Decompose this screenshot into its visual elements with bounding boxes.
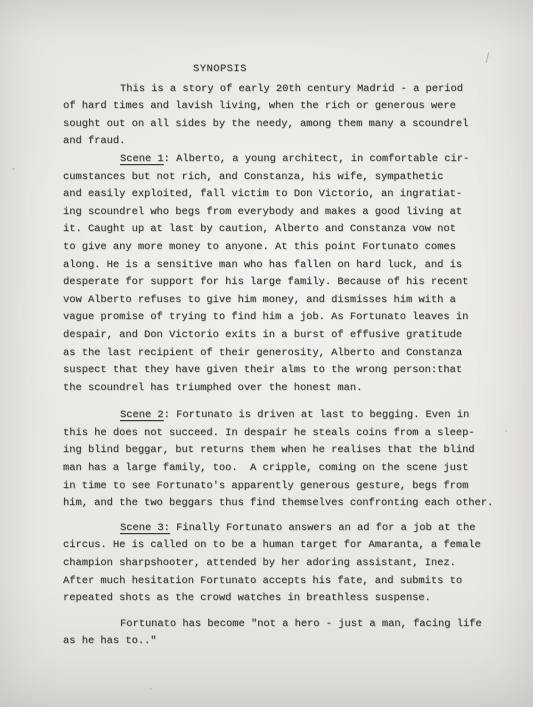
text-line: repeated shots as the crowd watches in b… — [63, 590, 508, 608]
text-line: this he does not succeed. In despair he … — [63, 425, 508, 443]
text-line: along. He is a sensitive man who has fal… — [63, 257, 508, 275]
text-line: desperate for support for his large fami… — [63, 274, 508, 292]
text-line: to give any more money to anyone. At thi… — [63, 239, 508, 257]
text-line: Scene 1: Alberto, a young architect, in … — [63, 151, 508, 169]
text-line: man has a large family, too. A cripple, … — [63, 460, 508, 478]
paper-speck — [150, 688, 152, 690]
text-line: circus. He is called on to be a human ta… — [63, 537, 508, 555]
scene-2-heading: Scene 2 — [120, 409, 164, 421]
text-line: and fraud. — [63, 133, 508, 151]
text-line: despair, and Don Victorio exits in a bur… — [63, 327, 508, 345]
scene-2-paragraph: Scene 2: Fortunato is driven at last to … — [63, 407, 508, 513]
text-segment: : Alberto, a young architect, in comfort… — [164, 153, 470, 165]
text-line: champion sharpshooter, attended by her a… — [63, 555, 508, 573]
paper-speck — [12, 168, 15, 170]
text-line: cumstances but not rich, and Constanza, … — [63, 169, 508, 187]
text-line: vague promise of trying to find him a jo… — [63, 309, 508, 327]
text-line: Fortunato has become "not a hero - just … — [63, 616, 508, 634]
scene-3-paragraph: Scene 3: Finally Fortunato answers an ad… — [63, 520, 508, 608]
scene-1-heading: Scene 1 — [120, 153, 164, 165]
text-line: After much hesitation Fortunato accepts … — [63, 573, 508, 591]
text-line: suspect that they have given their alms … — [63, 362, 508, 380]
text-line: the scoundrel has triumphed over the hon… — [63, 380, 508, 398]
text-line: Scene 2: Fortunato is driven at last to … — [63, 407, 508, 425]
text-line: ing blind beggar, but returns them when … — [63, 442, 508, 460]
text-line: as he has to.." — [63, 633, 508, 651]
text-line: vow Alberto refuses to give him money, a… — [63, 292, 508, 310]
synopsis-title: SYNOPSIS — [63, 61, 508, 79]
text-line: it. Caught up at last by caution, Albert… — [63, 221, 508, 239]
text-line: in time to see Fortunato's apparently ge… — [63, 478, 508, 496]
text-line: as the last recipient of their generosit… — [63, 345, 508, 363]
text-line: him, and the two beggars thus find thems… — [63, 495, 508, 513]
text-line: and easily exploited, fall victim to Don… — [63, 186, 508, 204]
scene-3-heading: Scene 3: — [120, 522, 170, 534]
text-line: Scene 3: Finally Fortunato answers an ad… — [63, 520, 508, 538]
intro-paragraph: This is a story of early 20th century Ma… — [63, 81, 508, 151]
typewritten-content: SYNOPSIS This is a story of early 20th c… — [63, 61, 508, 651]
text-line: This is a story of early 20th century Ma… — [63, 81, 508, 99]
text-line: of hard times and lavish living, when th… — [63, 98, 508, 116]
scene-1-paragraph: Scene 1: Alberto, a young architect, in … — [63, 151, 508, 397]
text-line: sought out on all sides by the needy, am… — [63, 116, 508, 134]
text-segment: : Fortunato is driven at last to begging… — [164, 409, 470, 421]
closing-paragraph: Fortunato has become "not a hero - just … — [63, 616, 508, 651]
text-segment: Finally Fortunato answers an ad for a jo… — [170, 522, 476, 534]
document-page: SYNOPSIS This is a story of early 20th c… — [0, 0, 533, 707]
text-line: ing scoundrel who begs from everybody an… — [63, 204, 508, 222]
